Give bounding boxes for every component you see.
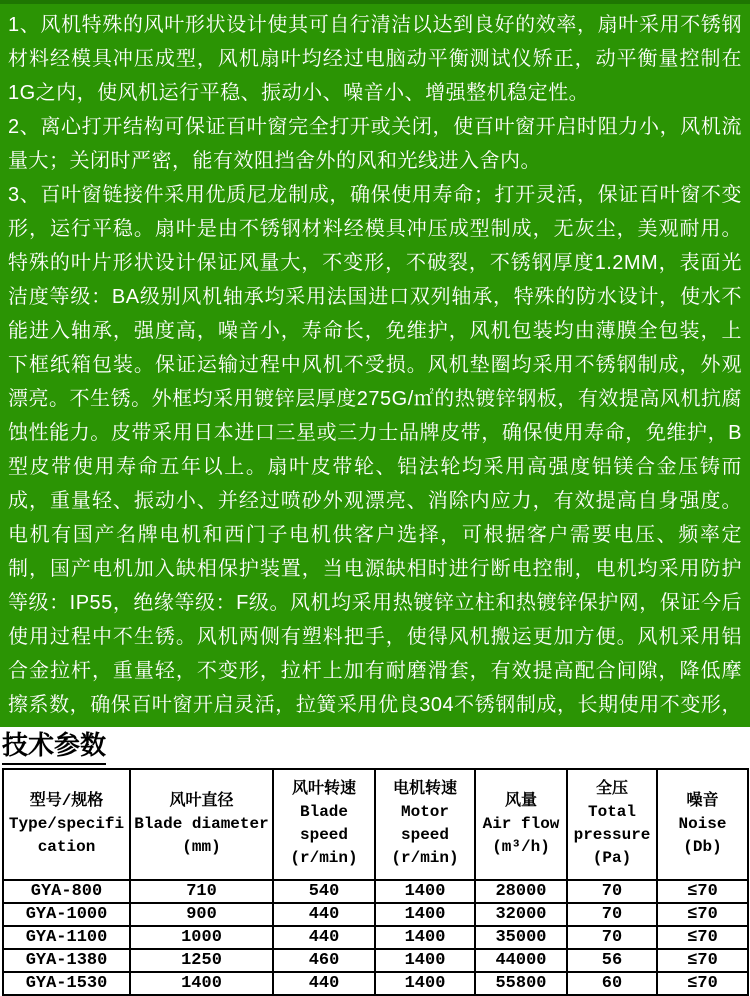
feature-description-section: 1、风机特殊的风叶形状设计使其可自行清洁以达到良好的效率，扇叶采用不锈钢材料经模… [0, 0, 750, 727]
cell-motor-speed: 1400 [375, 972, 475, 995]
spec-table-row-gya-1000: GYA-1000 900 440 1400 32000 70 ≤70 [3, 903, 748, 926]
cell-air-flow: 32000 [475, 903, 567, 926]
spec-table: 型号/规格 Type/specifi cation 风叶直径 Blade dia… [2, 768, 749, 996]
cell-total-pressure: 56 [567, 949, 657, 972]
header-cell-blade-speed: 风叶转速 Blade speed (r/min) [273, 769, 375, 880]
cell-model: GYA-1100 [3, 926, 130, 949]
header-cell-air-flow: 风量 Air flow (m³/h) [475, 769, 567, 880]
cell-noise: ≤70 [657, 926, 748, 949]
cell-air-flow: 55800 [475, 972, 567, 995]
cell-noise: ≤70 [657, 949, 748, 972]
spec-table-header-row: 型号/规格 Type/specifi cation 风叶直径 Blade dia… [3, 769, 748, 880]
cell-model: GYA-1530 [3, 972, 130, 995]
cell-air-flow: 44000 [475, 949, 567, 972]
cell-motor-speed: 1400 [375, 880, 475, 903]
spec-table-row-gya-800: GYA-800 710 540 1400 28000 70 ≤70 [3, 880, 748, 903]
cell-noise: ≤70 [657, 903, 748, 926]
cell-air-flow: 28000 [475, 880, 567, 903]
cell-model: GYA-1000 [3, 903, 130, 926]
cell-blade-diameter: 1000 [130, 926, 273, 949]
cell-blade-speed: 440 [273, 972, 375, 995]
cell-blade-diameter: 1250 [130, 949, 273, 972]
tech-params-heading-row: 技术参数 [0, 727, 750, 768]
header-cell-motor-speed: 电机转速 Motor speed (r/min) [375, 769, 475, 880]
cell-model: GYA-1380 [3, 949, 130, 972]
header-cell-blade-diameter: 风叶直径 Blade diameter (mm) [130, 769, 273, 880]
tech-params-heading: 技术参数 [2, 732, 106, 765]
header-cell-total-pressure: 全压 Total pressure (Pa) [567, 769, 657, 880]
cell-total-pressure: 70 [567, 903, 657, 926]
spec-table-row-gya-1100: GYA-1100 1000 440 1400 35000 70 ≤70 [3, 926, 748, 949]
spec-table-row-gya-1530: GYA-1530 1400 440 1400 55800 60 ≤70 [3, 972, 748, 995]
cell-motor-speed: 1400 [375, 903, 475, 926]
cell-motor-speed: 1400 [375, 949, 475, 972]
cell-blade-speed: 540 [273, 880, 375, 903]
feature-paragraph-1: 1、风机特殊的风叶形状设计使其可自行清洁以达到良好的效率，扇叶采用不锈钢材料经模… [8, 8, 742, 110]
cell-model: GYA-800 [3, 880, 130, 903]
feature-paragraph-3: 3、百叶窗链接件采用优质尼龙制成，确保使用寿命；打开灵活，保证百叶窗不变形，运行… [8, 178, 742, 727]
cell-blade-diameter: 1400 [130, 972, 273, 995]
cell-motor-speed: 1400 [375, 926, 475, 949]
cell-noise: ≤70 [657, 880, 748, 903]
header-cell-noise: 噪音 Noise (Db) [657, 769, 748, 880]
cell-blade-diameter: 710 [130, 880, 273, 903]
cell-blade-diameter: 900 [130, 903, 273, 926]
product-description-page: 1、风机特殊的风叶形状设计使其可自行清洁以达到良好的效率，扇叶采用不锈钢材料经模… [0, 0, 750, 996]
cell-blade-speed: 440 [273, 926, 375, 949]
feature-paragraph-2: 2、离心打开结构可保证百叶窗完全打开或关闭，使百叶窗开启时阻力小，风机流量大；关… [8, 110, 742, 178]
cell-blade-speed: 460 [273, 949, 375, 972]
cell-total-pressure: 70 [567, 926, 657, 949]
spec-table-row-gya-1380: GYA-1380 1250 460 1400 44000 56 ≤70 [3, 949, 748, 972]
cell-total-pressure: 60 [567, 972, 657, 995]
cell-noise: ≤70 [657, 972, 748, 995]
header-cell-model: 型号/规格 Type/specifi cation [3, 769, 130, 880]
cell-air-flow: 35000 [475, 926, 567, 949]
cell-blade-speed: 440 [273, 903, 375, 926]
cell-total-pressure: 70 [567, 880, 657, 903]
